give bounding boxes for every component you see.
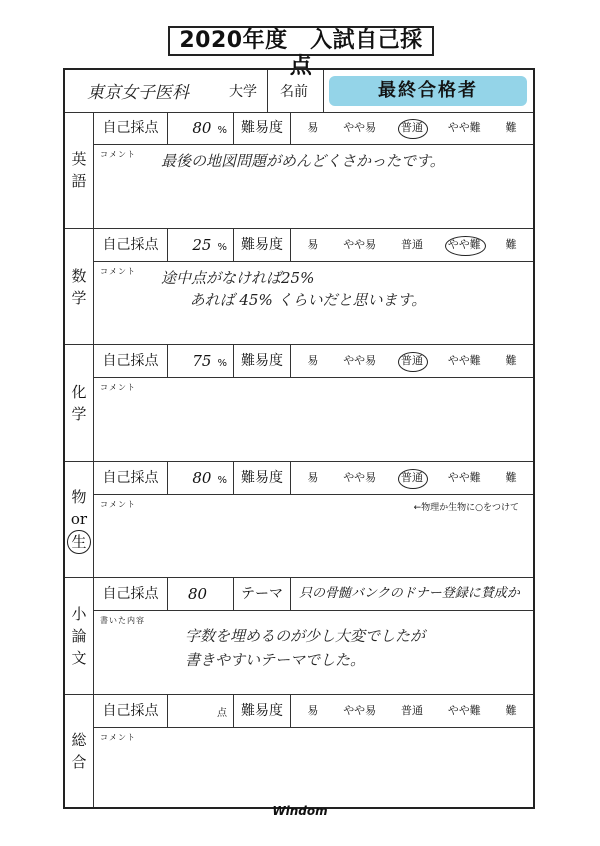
difficulty-label: 難易度 [234,695,291,727]
subject-char: 総 [71,729,86,751]
score-row: 自己採点 点 難易度 易 やや易 普通 やや難 難 [94,695,533,728]
unit-label: % [217,358,227,369]
difficulty-label: 難易度 [234,345,291,377]
subject-char: 英 [71,148,86,170]
option-somewhat-hard[interactable]: やや難 [448,112,481,144]
option-somewhat-hard[interactable]: やや難 [448,695,481,727]
score-value: 75 [192,352,211,370]
option-somewhat-hard-selected[interactable]: やや難 [448,229,481,261]
university-label: 大学 [229,81,257,101]
instruction-note: ←物理か生物に○をつけて [414,500,519,513]
subject-char: 論 [71,625,86,647]
option-easy[interactable]: 易 [307,462,318,494]
score-value: 80 [192,119,211,137]
page-title: 2020年度 入試自己採点 [168,26,434,56]
subject-label: 英 語 [65,112,94,228]
score-field[interactable]: 25% [168,229,234,261]
option-easy[interactable]: 易 [307,112,318,144]
difficulty-options: 易 やや易 普通 やや難 難 [291,112,533,144]
subject-char: 学 [71,287,86,309]
option-hard[interactable]: 難 [506,112,517,144]
written-content-field[interactable]: 字数を埋めるのが少し大変でしたが 書きやすいテーマでした。 [185,624,425,672]
header-row: 東京女子医科 大学 名前 最終合格者 [65,70,533,113]
score-value: 80 [192,469,211,487]
theme-field[interactable]: 只の骨髄バンクのドナー登録に賛成か [291,578,533,610]
option-normal-selected[interactable]: 普通 [401,462,423,494]
subject-label: 総 合 [65,695,94,807]
option-somewhat-hard[interactable]: やや難 [448,345,481,377]
option-normal[interactable]: 普通 [401,229,423,261]
self-score-label: 自己採点 [94,229,168,261]
section-chemistry: 化 学 自己採点 75% 難易度 易 やや易 普通 やや難 難 コメント [65,345,533,462]
self-score-label: 自己採点 [94,345,168,377]
section-english: 英 語 自己採点 80% 難易度 易 やや易 普通 やや難 難 コメント 最後の… [65,112,533,229]
option-easy[interactable]: 易 [307,229,318,261]
divider [323,70,324,112]
subject-option-biology-selected[interactable]: 生 [67,530,90,554]
option-normal-selected[interactable]: 普通 [401,345,423,377]
option-somewhat-easy[interactable]: やや易 [343,695,376,727]
score-value: 25 [192,236,211,254]
option-easy[interactable]: 易 [307,345,318,377]
unit-label: % [217,475,227,486]
option-somewhat-easy[interactable]: やや易 [343,345,376,377]
score-value: 80 [188,585,207,603]
written-content-label: 書いた内容 [100,615,145,626]
comment-label: コメント [100,266,136,277]
subject-label: 物 or 生 [65,462,94,577]
unit-label: % [217,242,227,253]
comment-label: コメント [100,732,136,743]
comment-field[interactable]: 最後の地図問題がめんどくさかったです。 [161,150,445,172]
difficulty-options: 易 やや易 普通 やや難 難 [291,345,533,377]
difficulty-options: 易 やや易 普通 やや難 難 [291,462,533,494]
option-hard[interactable]: 難 [506,229,517,261]
university-field[interactable]: 東京女子医科 [87,78,189,103]
subject-char: 語 [71,170,86,192]
subject-char: 化 [71,381,86,403]
subject-char: 数 [71,265,86,287]
divider [267,70,268,112]
name-field[interactable]: 最終合格者 [329,76,527,106]
comment-field[interactable]: 途中点がなければ25% あれば 45% くらいだと思います。 [161,267,426,311]
section-physics-or-biology: 物 or 生 自己採点 80% 難易度 易 やや易 普通 やや難 難 コメント … [65,462,533,578]
option-hard[interactable]: 難 [506,695,517,727]
score-sheet: 東京女子医科 大学 名前 最終合格者 英 語 自己採点 80% 難易度 易 やや… [63,68,535,809]
option-easy[interactable]: 易 [307,695,318,727]
self-score-label: 自己採点 [94,695,168,727]
score-field[interactable]: 80% [168,112,234,144]
difficulty-label: 難易度 [234,229,291,261]
option-hard[interactable]: 難 [506,462,517,494]
unit-label: 点 [217,708,227,719]
self-score-label: 自己採点 [94,462,168,494]
score-field[interactable]: 80% [168,462,234,494]
score-field[interactable]: 80 [168,578,234,610]
name-label: 名前 [280,81,308,101]
theme-value: 骨髄バンクのドナー登録に賛成か [325,586,520,601]
difficulty-options: 易 やや易 普通 やや難 難 [291,229,533,261]
comment-label: コメント [100,149,136,160]
section-math: 数 学 自己採点 25% 難易度 易 やや易 普通 やや難 難 コメント 途中点… [65,229,533,345]
section-essay: 小 論 文 自己採点 80 テーマ 只の骨髄バンクのドナー登録に賛成か 書いた内… [65,578,533,695]
brand-logo: Windom [0,804,600,818]
option-normal-selected[interactable]: 普通 [401,112,423,144]
option-somewhat-easy[interactable]: やや易 [343,462,376,494]
option-somewhat-easy[interactable]: やや易 [343,112,376,144]
subject-option-physics[interactable]: 物 [71,486,86,508]
difficulty-options: 易 やや易 普通 やや難 難 [291,695,533,727]
score-row: 自己採点 80 テーマ 只の骨髄バンクのドナー登録に賛成か [94,578,533,611]
score-row: 自己採点 25% 難易度 易 やや易 普通 やや難 難 [94,229,533,262]
unit-label: % [217,125,227,136]
option-normal[interactable]: 普通 [401,695,423,727]
option-somewhat-easy[interactable]: やや易 [343,229,376,261]
subject-char: 学 [71,403,86,425]
subject-char: 文 [71,647,86,669]
score-field[interactable]: 点 [168,695,234,727]
self-score-label: 自己採点 [94,112,168,144]
comment-label: コメント [100,382,136,393]
subject-label: 数 学 [65,229,94,344]
subject-char: 合 [71,751,86,773]
subject-label: 小 論 文 [65,578,94,694]
self-score-label: 自己採点 [94,578,168,610]
subject-or: or [71,508,87,530]
difficulty-label: 難易度 [234,462,291,494]
comment-label: コメント [100,499,136,510]
score-row: 自己採点 75% 難易度 易 やや易 普通 やや難 難 [94,345,533,378]
subject-label: 化 学 [65,345,94,461]
score-field[interactable]: 75% [168,345,234,377]
theme-prefix: 只の [299,586,325,601]
option-hard[interactable]: 難 [506,345,517,377]
option-somewhat-hard[interactable]: やや難 [448,462,481,494]
section-overall: 総 合 自己採点 点 難易度 易 やや易 普通 やや難 難 コメント [65,695,533,807]
theme-label: テーマ [234,578,291,610]
difficulty-label: 難易度 [234,112,291,144]
score-row: 自己採点 80% 難易度 易 やや易 普通 やや難 難 [94,462,533,495]
score-row: 自己採点 80% 難易度 易 やや易 普通 やや難 難 [94,112,533,145]
subject-char: 小 [71,603,86,625]
